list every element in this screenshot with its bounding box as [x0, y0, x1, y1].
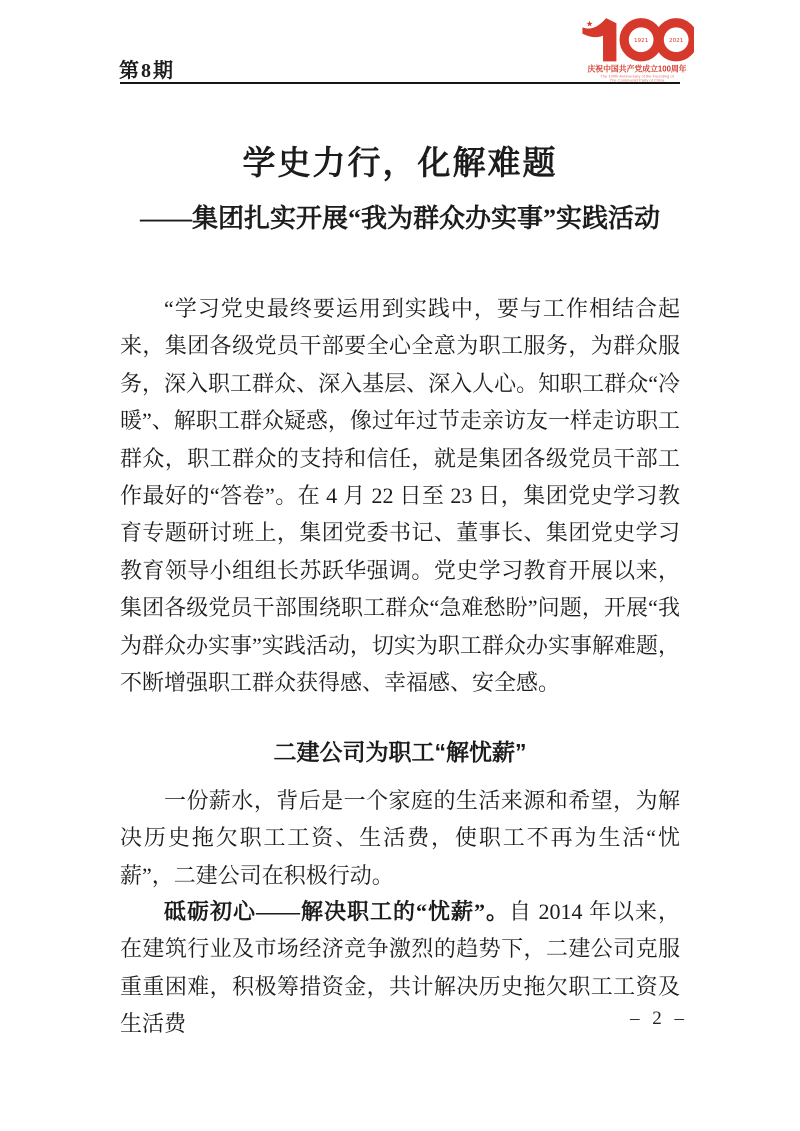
svg-text:★: ★ [586, 18, 593, 28]
article-title: 学史力行，化解难题 [120, 143, 680, 185]
logo-caption-cn: 庆祝中国共产党成立100周年 [587, 64, 686, 74]
section-heading: 二建公司为职工“解忧薪” [120, 736, 680, 768]
paragraph-lead-bold: 砥砺初心——解决职工的“忧薪”。 [164, 899, 509, 924]
issue-number: 第8期 [119, 54, 175, 83]
paragraph-salary-detail: 砥砺初心——解决职工的“忧薪”。自 2014 年以来，在建筑行业及市场经济竞争激… [120, 893, 680, 1043]
document-page: 第8期 ★ 1921 2021 庆祝中国共产党成立100周年 The 100th… [0, 0, 800, 1131]
header-rule [120, 82, 680, 84]
cpc-100-logo-icon: ★ 1921 2021 庆祝中国共产党成立100周年 The 100th Ann… [578, 14, 694, 82]
page-number: – 2 – [630, 1008, 688, 1030]
article-subtitle: ——集团扎实开展“我为群众办实事”实践活动 [100, 201, 700, 237]
paragraph-salary-intro: 一份薪水，背后是一个家庭的生活来源和希望，为解决历史拖欠职工工资、生活费，使职工… [120, 782, 680, 894]
cpc-100-anniversary-logo: ★ 1921 2021 庆祝中国共产党成立100周年 The 100th Ann… [578, 14, 694, 82]
logo-year-right: 2021 [669, 38, 684, 44]
paragraph-intro: “学习党史最终要运用到实践中，要与工作相结合起来，集团各级党员干部要全心全意为职… [120, 290, 680, 701]
logo-year-left: 1921 [634, 38, 649, 44]
